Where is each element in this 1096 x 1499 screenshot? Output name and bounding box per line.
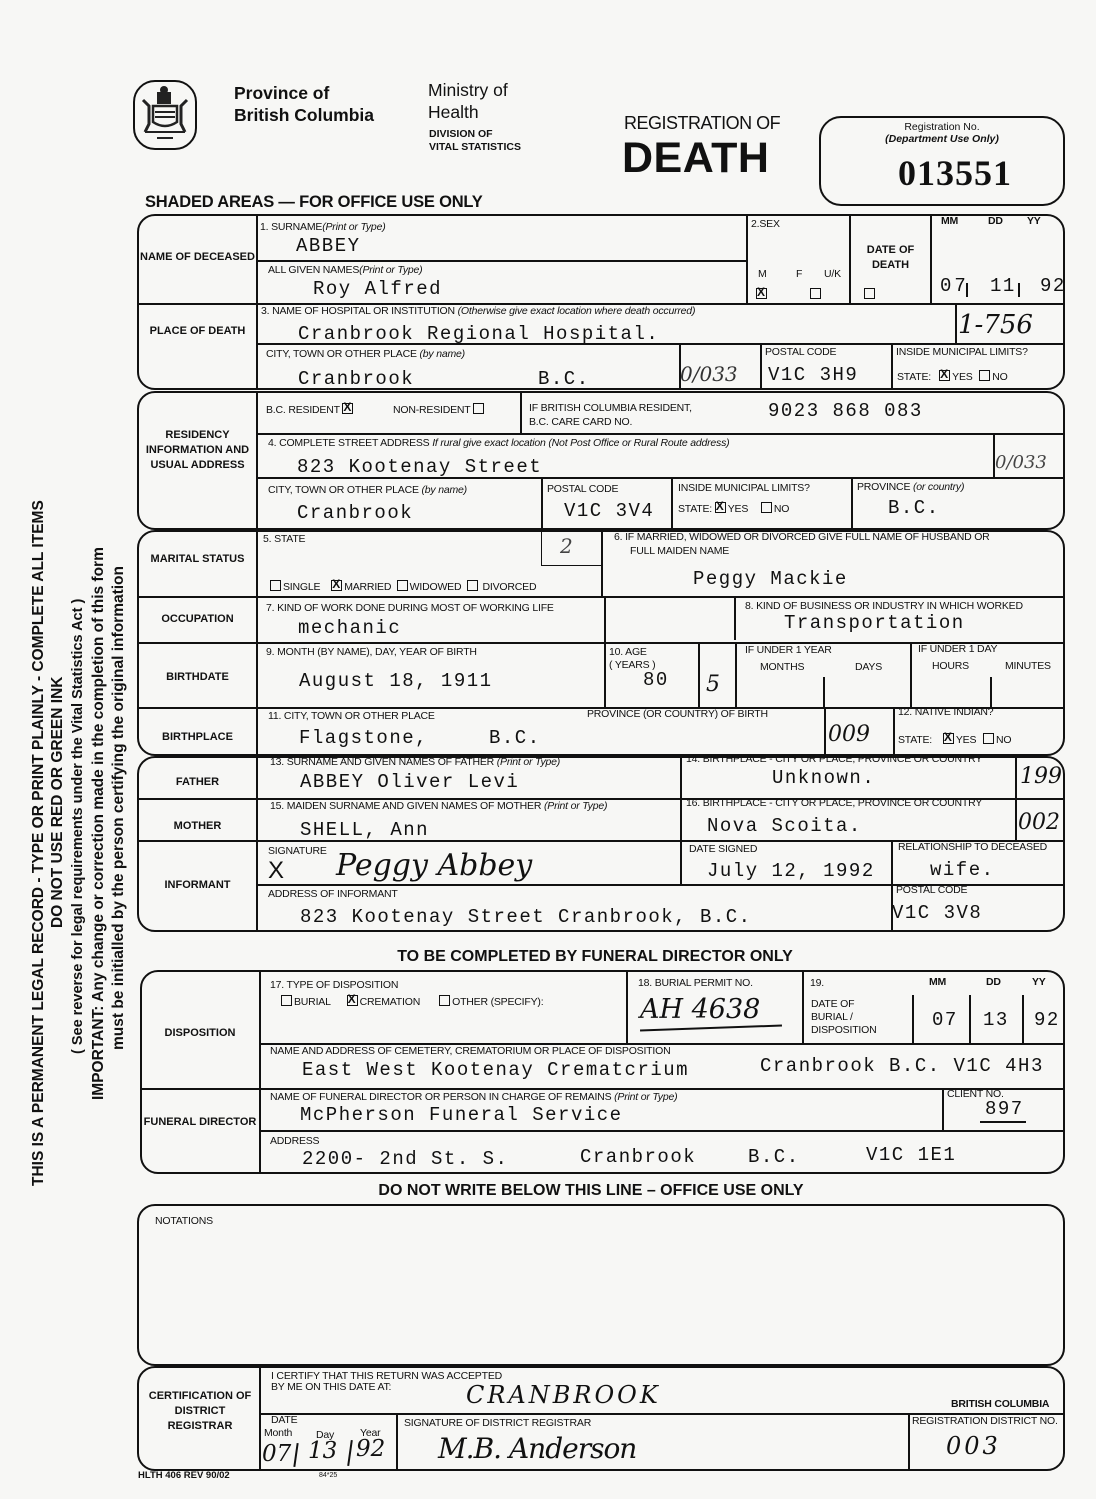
registrar-signature-label: SIGNATURE OF DISTRICT REGISTRAR — [404, 1417, 591, 1429]
res-municipal-no-checkbox[interactable] — [761, 502, 772, 513]
marital-state-label: 5. STATE — [263, 533, 305, 545]
res-municipal-state: STATE: YES NO — [678, 502, 789, 515]
side-ink-notice: DO NOT USE RED OR GREEN INK — [49, 677, 67, 928]
funeral-director-heading: TO BE COMPLETED BY FUNERAL DIRECTOR ONLY — [0, 948, 1096, 966]
registration-number: 013551 — [898, 152, 1012, 194]
province-line1: Province of — [234, 82, 374, 104]
res-postal-label: POSTAL CODE — [547, 483, 618, 495]
native-no-checkbox[interactable] — [983, 733, 994, 744]
dob-label: 9. MONTH (by name), DAY, YEAR OF BIRTH — [266, 646, 477, 658]
death-municipal-yes-checkbox[interactable] — [939, 370, 950, 381]
disposition-type-options: BURIAL CREMATION OTHER (SPECIFY): — [281, 995, 543, 1008]
care-card-label: IF BRITISH COLUMBIA RESIDENT, B.C. CARE … — [529, 401, 692, 429]
non-resident-checkbox[interactable] — [473, 403, 484, 414]
cert-month[interactable]: 07 — [262, 1441, 291, 1467]
death-title: DEATH — [622, 134, 769, 183]
bc-label: BRITISH COLUMBIA — [951, 1398, 1049, 1410]
sex-f-checkbox[interactable] — [810, 288, 821, 299]
ministry-name: Ministry of Health — [428, 79, 508, 123]
certify-place[interactable]: CRANBROOK — [466, 1381, 661, 1409]
coat-of-arms-icon — [135, 82, 195, 148]
spouse-value[interactable]: Peggy Mackie — [693, 568, 848, 590]
bc-resident-label: B.C. RESIDENT — [266, 403, 355, 416]
funeral-address-postal[interactable]: V1C 1E1 — [866, 1144, 956, 1166]
disposition-yy-label: YY — [1032, 976, 1046, 988]
ministry-line1: Ministry of — [428, 79, 508, 101]
client-no-value[interactable]: 897 — [985, 1098, 1024, 1120]
days-label: DAYS — [855, 661, 882, 673]
res-province-label: PROVINCE (or country) — [857, 481, 964, 493]
section-funeral-director: FUNERAL DIRECTOR — [141, 1115, 259, 1130]
under-day-label: IF UNDER 1 DAY — [918, 643, 997, 655]
sex-f-label: F — [796, 268, 802, 280]
deceased-section-box — [137, 214, 1065, 390]
death-city-label: CITY, TOWN OR OTHER PLACE (by name) — [266, 348, 465, 360]
single-checkbox[interactable] — [270, 580, 281, 591]
dod-mm-label: MM — [941, 215, 958, 227]
months-label: MONTHS — [760, 661, 804, 673]
shaded-areas-note: SHADED AREAS — FOR OFFICE USE ONLY — [145, 193, 483, 212]
sex-m-checkbox[interactable] — [756, 288, 767, 299]
registrar-signature[interactable]: M.B. Anderson — [438, 1432, 636, 1465]
cert-date-label: DATE — [271, 1415, 297, 1425]
res-municipal-yes-checkbox[interactable] — [715, 502, 726, 513]
bc-coat-of-arms-logo — [133, 80, 197, 150]
sex-m-label: M — [758, 268, 767, 280]
mother-birthplace-value[interactable]: Nova Scoita. — [707, 815, 862, 837]
relationship-label: RELATIONSHIP TO DECEASED — [898, 841, 1047, 853]
care-card-number[interactable]: 9023 868 083 — [768, 400, 923, 422]
hospital-value[interactable]: Cranbrook Regional Hospital. — [298, 323, 659, 345]
hours-label: HOURS — [932, 660, 969, 672]
division-name: DIVISION OF VITAL STATISTICS — [429, 128, 521, 154]
date-of-death-label: DATE OF DEATH — [851, 243, 930, 273]
birthplace-province-label: PROVINCE (or country) OF BIRTH — [587, 708, 768, 720]
disposition-date-num: 19. — [810, 977, 824, 989]
dod-mm[interactable]: 07 — [940, 275, 969, 297]
section-birthdate: BIRTHDATE — [139, 670, 256, 685]
date-signed-value[interactable]: July 12, 1992 — [707, 860, 875, 882]
funeral-director-name-label: NAME OF FUNERAL DIRECTOR OR PERSON IN CH… — [270, 1091, 677, 1103]
date-signed-label: DATE SIGNED — [689, 843, 757, 855]
death-postal-label: POSTAL CODE — [765, 346, 836, 358]
section-informant: INFORMANT — [139, 878, 256, 893]
informant-address-label: ADDRESS OF INFORMANT — [268, 888, 398, 900]
disposition-dd[interactable]: 13 — [983, 1009, 1009, 1031]
section-certification: CERTIFICATION OF DISTRICT REGISTRAR — [141, 1389, 259, 1434]
res-municipal-label: INSIDE MUNICIPAL LIMITS? — [678, 482, 810, 494]
informant-signature[interactable]: Peggy Abbey — [336, 848, 532, 883]
birthplace-city-label: 11. CITY, TOWN OR OTHER PLACE — [268, 710, 435, 722]
reg-no-label: Registration No. — [819, 121, 1065, 133]
hospital-code: 1-756 — [958, 310, 1033, 340]
side-legal-notice: THIS IS A PERMANENT LEGAL RECORD - TYPE … — [30, 500, 48, 1186]
section-mother: MOTHER — [139, 819, 256, 834]
marital-options: SINGLE MARRIED WIDOWED DIVORCED — [270, 580, 536, 593]
section-father: FATHER — [139, 775, 256, 790]
surname-value[interactable]: ABBEY — [296, 235, 361, 257]
section-place-of-death: PLACE OF DEATH — [139, 324, 256, 339]
native-indian-label: 12. NATIVE INDIAN? — [898, 706, 993, 718]
informant-signature-x: X — [268, 857, 284, 885]
widowed-checkbox[interactable] — [397, 580, 408, 591]
father-name-value[interactable]: ABBEY Oliver Levi — [300, 771, 519, 793]
age-code: 5 — [706, 672, 720, 697]
given-names-label: ALL GIVEN NAMES(Print or Type) — [268, 264, 422, 276]
mother-name-label: 15. MAIDEN SURNAME AND GIVEN NAMES OF MO… — [270, 800, 607, 812]
dob-value[interactable]: August 18, 1911 — [299, 670, 493, 692]
birthplace-province-value[interactable]: B.C. — [489, 727, 541, 749]
notations-box[interactable] — [137, 1204, 1065, 1366]
province-name: Province of British Columbia — [234, 82, 374, 126]
side-initial-notice: must be initialled by the person certify… — [110, 566, 128, 1050]
industry-value[interactable]: Transportation — [784, 612, 965, 634]
ministry-line2: Health — [428, 101, 508, 123]
section-marital-status: MARITAL STATUS — [139, 552, 256, 567]
registration-number-label: Registration No. (Department Use Only) — [819, 121, 1065, 145]
print-code: 84*25 — [319, 1472, 337, 1479]
street-address-value[interactable]: 823 Kootenay Street — [297, 456, 542, 478]
father-birthplace-value[interactable]: Unknown. — [772, 767, 875, 789]
bc-resident-checkbox[interactable] — [342, 403, 353, 414]
disposition-mm[interactable]: 07 — [932, 1009, 958, 1031]
disposition-type-label: 17. TYPE OF DISPOSITION — [270, 979, 398, 991]
birthplace-code: 009 — [828, 722, 870, 747]
division-line1: DIVISION OF — [429, 128, 521, 141]
death-municipal-state: STATE: YES NO — [897, 370, 1008, 383]
married-checkbox[interactable] — [331, 580, 342, 591]
informant-postal-value[interactable]: V1C 3V8 — [892, 902, 982, 924]
res-city-value[interactable]: Cranbrook — [297, 502, 413, 524]
dod-dd[interactable]: 11 — [990, 275, 1016, 297]
res-postal-value[interactable]: V1C 3V4 — [564, 500, 654, 522]
death-municipal-no-checkbox[interactable] — [979, 370, 990, 381]
registration-of-label: REGISTRATION OF — [624, 113, 780, 134]
notations-label: NOTATIONS — [155, 1215, 213, 1227]
age-value[interactable]: 80 — [643, 669, 669, 691]
relationship-value[interactable]: wife. — [930, 859, 995, 881]
minutes-label: MINUTES — [1005, 660, 1051, 672]
client-no-underline — [980, 1121, 1026, 1123]
dod-yy[interactable]: 92 — [1040, 275, 1066, 297]
death-postal-value[interactable]: V1C 3H9 — [768, 364, 858, 386]
given-names-value[interactable]: Roy Alfred — [313, 278, 442, 300]
burial-permit-value[interactable]: AH 4638 — [640, 994, 760, 1025]
informant-address-value[interactable]: 823 Kootenay Street Cranbrook, B.C. — [300, 906, 752, 928]
industry-label: 8. KIND OF BUSINESS OR INDUSTRY IN WHICH… — [745, 600, 1023, 612]
sex-uk-label: U/K — [824, 268, 841, 280]
death-province-value[interactable]: B.C. — [538, 368, 590, 390]
disposition-mm-label: MM — [929, 976, 946, 988]
surname-label: 1. SURNAME(Print or Type) — [260, 221, 386, 233]
res-province-value[interactable]: B.C. — [888, 497, 940, 519]
cert-month-label: Month — [264, 1427, 292, 1439]
hospital-label: 3. NAME OF HOSPITAL OR INSTITUTION (Othe… — [261, 305, 695, 317]
death-city-value[interactable]: Cranbrook — [298, 368, 414, 390]
office-use-heading: DO NOT WRITE BELOW THIS LINE – OFFICE US… — [0, 1182, 1096, 1200]
marital-code: 2 — [560, 534, 573, 558]
res-city-label: CITY, TOWN OR OTHER PLACE (by name) — [268, 484, 467, 496]
side-reverse-notice: ( See reverse for legal requirements und… — [70, 599, 86, 1054]
street-code: 0/033 — [995, 452, 1047, 473]
burial-checkbox[interactable] — [281, 995, 292, 1006]
cremation-checkbox[interactable] — [347, 995, 358, 1006]
section-name-of-deceased: NAME OF DECEASED — [139, 250, 256, 265]
province-line2: British Columbia — [234, 104, 374, 126]
father-name-label: 13. SURNAME AND GIVEN NAMES OF FATHER (P… — [270, 756, 560, 768]
sex-label: 2.SEX — [751, 218, 780, 230]
work-label: 7. KIND OF WORK DONE DURING MOST OF WORK… — [266, 602, 554, 614]
dod-dd-label: DD — [988, 215, 1003, 227]
cemetery-label: NAME AND ADDRESS OF CEMETERY, CREMATORIU… — [270, 1045, 670, 1057]
death-municipal-label: INSIDE MUNICIPAL LIMITS? — [896, 346, 1028, 358]
district-no-value[interactable]: 003 — [946, 1432, 1001, 1460]
mother-birthplace-code: 002 — [1018, 810, 1060, 835]
disposition-date-label: DATE OF BURIAL / DISPOSITION — [811, 998, 876, 1037]
section-disposition: DISPOSITION — [141, 1026, 259, 1041]
cemetery-address[interactable]: Cranbrook B.C. V1C 4H3 — [760, 1055, 1044, 1077]
section-birthplace: BIRTHPLACE — [139, 730, 256, 745]
funeral-address-city[interactable]: Cranbrook — [580, 1146, 696, 1168]
native-yes-checkbox[interactable] — [943, 733, 954, 744]
district-no-label: REGISTRATION DISTRICT No. — [912, 1415, 1058, 1427]
sex-uk-checkbox[interactable] — [864, 288, 875, 299]
side-important-notice: IMPORTANT: Any change or correction made… — [90, 547, 108, 1100]
divorced-checkbox[interactable] — [467, 580, 478, 591]
work-value[interactable]: mechanic — [298, 617, 401, 639]
father-birthplace-code: 199 — [1020, 764, 1062, 789]
father-birthplace-label: 14. BIRTHPLACE - CITY OR PLACE, PROVINCE… — [686, 753, 982, 765]
funeral-director-name[interactable]: McPherson Funeral Service — [300, 1104, 623, 1126]
death-city-code: 0/033 — [680, 362, 738, 386]
section-residency: RESIDENCY INFORMATION AND USUAL ADDRESS — [139, 428, 256, 473]
funeral-address-street[interactable]: 2200- 2nd St. S. — [302, 1148, 508, 1170]
informant-postal-label: POSTAL CODE — [896, 884, 967, 896]
native-indian-state: STATE: YES NO — [898, 733, 1011, 746]
dod-yy-label: YY — [1027, 215, 1041, 227]
non-resident-label: NON-RESIDENT — [393, 403, 486, 416]
disposition-dd-label: DD — [986, 976, 1001, 988]
mother-birthplace-label: 16. BIRTHPLACE - CITY OR PLACE, PROVINCE… — [686, 797, 982, 809]
reg-no-sublabel: (Department Use Only) — [819, 133, 1065, 145]
mother-name-value[interactable]: SHELL, Ann — [300, 819, 429, 841]
birthplace-city-value[interactable]: Flagstone, — [299, 727, 428, 749]
section-occupation: OCCUPATION — [139, 612, 256, 627]
spouse-label: 6. IF MARRIED, WIDOWED OR DIVORCED GIVE … — [614, 530, 990, 558]
division-line2: VITAL STATISTICS — [429, 141, 521, 154]
cert-year[interactable]: 92 — [356, 1436, 385, 1462]
funeral-address-province[interactable]: B.C. — [748, 1146, 800, 1168]
burial-permit-label: 18. BURIAL PERMIT No. — [638, 977, 753, 989]
informant-signature-label: SIGNATURE — [268, 845, 327, 857]
funeral-address-label: ADDRESS — [270, 1135, 319, 1147]
under-year-label: IF UNDER 1 YEAR — [745, 644, 832, 656]
street-address-label: 4. COMPLETE STREET ADDRESS If rural give… — [268, 437, 729, 449]
cemetery-name[interactable]: East West Kootenay Crematcrium — [302, 1059, 689, 1081]
form-code: HLTH 406 REV 90/02 — [138, 1470, 230, 1481]
cert-day[interactable]: 13 — [308, 1438, 337, 1464]
other-checkbox[interactable] — [439, 995, 450, 1006]
disposition-yy[interactable]: 92 — [1034, 1009, 1060, 1031]
